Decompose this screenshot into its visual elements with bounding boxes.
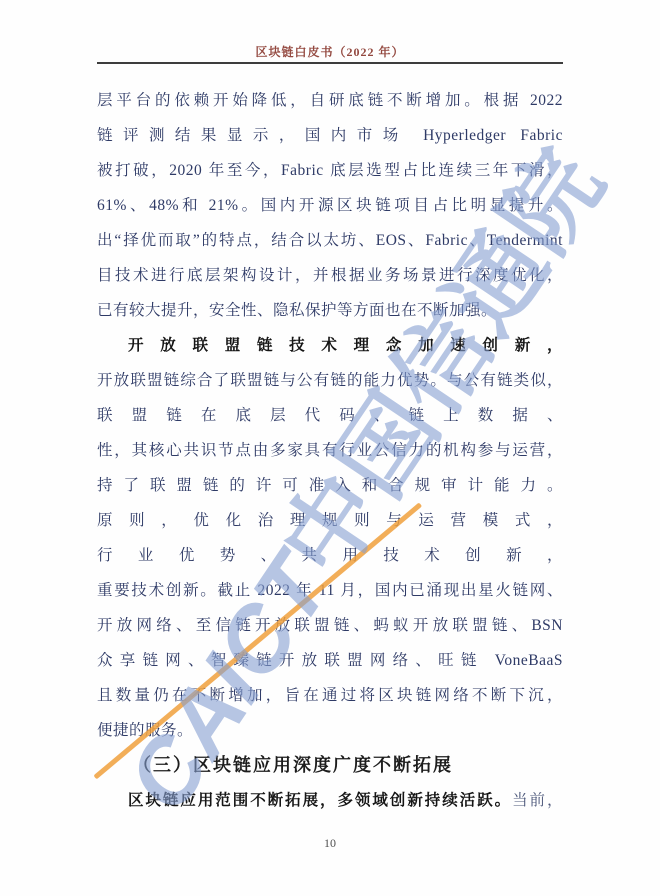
header-rule xyxy=(97,62,563,64)
text-run: 且数量仍在不断增加，旨在通过将区块链网络不断下沉，为用户提供 xyxy=(97,687,563,713)
document-page: 区块链白皮书（2022 年） 层平台的依赖开始降低，自研底链不断增加。根据 20… xyxy=(0,0,660,896)
text-line: 目技术进行底层架构设计，并根据业务场景进行深度优化，性能方面 xyxy=(97,258,563,293)
section-heading: （三）区块链应用深度广度不断拓展 xyxy=(97,748,563,783)
text-line: 原则，优化治理规则与运营模式，能够促进行业企业和技术企业共享 xyxy=(97,503,563,538)
page-number: 10 xyxy=(97,836,563,851)
text-line: 被打破，2020 年至今，Fabric 底层选型占比连续三年下滑，分别为 xyxy=(97,153,563,188)
text-line: 众享链网、智臻链开放联盟网络、旺链 VoneBaaS 等十余种产品服务， xyxy=(97,643,563,678)
text-run: 行业优势、共用技术创新，将成为构建开放共享型区块链基础设施的 xyxy=(97,547,563,573)
text-line: 持了联盟链的许可准入和合规审计能力。开放联盟链秉承开放和合规 xyxy=(97,468,563,503)
text-line: 层平台的依赖开始降低，自研底链不断增加。根据 2022 年可信区块 xyxy=(97,83,563,118)
text-line: 便捷的服务。 xyxy=(97,713,563,748)
text-run: 持了联盟链的许可准入和合规审计能力。开放联盟链秉承开放和合规 xyxy=(97,477,563,503)
text-run: 出“择优而取”的特点，结合以太坊、EOS、Fabric、Tendermint 等… xyxy=(97,232,563,258)
text-line: 行业优势、共用技术创新，将成为构建开放共享型区块链基础设施的 xyxy=(97,538,563,573)
text-run: 区块链应用范围不断拓展，多领域创新持续活跃。 xyxy=(128,792,512,809)
text-run: 众享链网、智臻链开放联盟网络、旺链 VoneBaaS 等十余种产品服务， xyxy=(97,652,563,678)
text-run: 开放联盟链技术理念加速创新，推动联盟链走向开放共享新阶段。 xyxy=(97,337,563,363)
page-header-title: 区块链白皮书（2022 年） xyxy=(97,43,563,60)
text-run: 开放联盟链综合了联盟链与公有链的能力优势。与公有链类似，开放 xyxy=(97,372,563,398)
text-line: 链评测结果显示，国内市场 Hyperledger Fabric 一家独大的局面已… xyxy=(97,118,563,153)
text-line: 出“择优而取”的特点，结合以太坊、EOS、Fabric、Tendermint 等… xyxy=(97,223,563,258)
text-run: 61%、48%和 21%。国内开源区块链项目占比明显提升。自研链呈现 xyxy=(97,197,563,223)
text-lines: 层平台的依赖开始降低，自研底链不断增加。根据 2022 年可信区块链评测结果显示… xyxy=(97,83,563,818)
text-run: 目技术进行底层架构设计，并根据业务场景进行深度优化，性能方面 xyxy=(97,267,563,293)
text-line: 联盟链在底层代码、链上数据、服务访问等方面具备一定程度的开放 xyxy=(97,398,563,433)
text-line: 61%、48%和 21%。国内开源区块链项目占比明显提升。自研链呈现 xyxy=(97,188,563,223)
text-run: （三）区块链应用深度广度不断拓展 xyxy=(133,755,453,775)
text-run: 被打破，2020 年至今，Fabric 底层选型占比连续三年下滑，分别为 xyxy=(97,162,563,188)
text-line: 区块链应用范围不断拓展，多领域创新持续活跃。当前，区块链 xyxy=(97,783,563,818)
text-run: 链评测结果显示，国内市场 Hyperledger Fabric 一家独大的局面已… xyxy=(97,127,563,153)
text-line: 性，其核心共识节点由多家具有行业公信力的机构参与运营，同时保 xyxy=(97,433,563,468)
text-line: 且数量仍在不断增加，旨在通过将区块链网络不断下沉，为用户提供 xyxy=(97,678,563,713)
text-line: 开放网络、至信链开放联盟链、蚂蚁开放联盟链、BSN 开放联盟链、 xyxy=(97,608,563,643)
text-run: 重要技术创新。截止 2022 年 11 月，国内已涌现出星火链网、超级链 xyxy=(97,582,563,608)
text-run: 便捷的服务。 xyxy=(97,722,193,739)
text-run: 原则，优化治理规则与运营模式，能够促进行业企业和技术企业共享 xyxy=(97,512,563,538)
text-line: 开放联盟链技术理念加速创新，推动联盟链走向开放共享新阶段。 xyxy=(97,328,563,363)
text-run: 层平台的依赖开始降低，自研底链不断增加。根据 2022 年可信区块 xyxy=(97,92,563,118)
text-run: 已有较大提升，安全性、隐私保护等方面也在不断加强。 xyxy=(97,302,497,319)
text-run: 性，其核心共识节点由多家具有行业公信力的机构参与运营，同时保 xyxy=(97,442,563,468)
text-run: 联盟链在底层代码、链上数据、服务访问等方面具备一定程度的开放 xyxy=(97,407,563,433)
text-run: 开放网络、至信链开放联盟链、蚂蚁开放联盟链、BSN 开放联盟链、 xyxy=(97,617,563,643)
text-line: 重要技术创新。截止 2022 年 11 月，国内已涌现出星火链网、超级链 xyxy=(97,573,563,608)
text-line: 开放联盟链综合了联盟链与公有链的能力优势。与公有链类似，开放 xyxy=(97,363,563,398)
text-line: 已有较大提升，安全性、隐私保护等方面也在不断加强。 xyxy=(97,293,563,328)
